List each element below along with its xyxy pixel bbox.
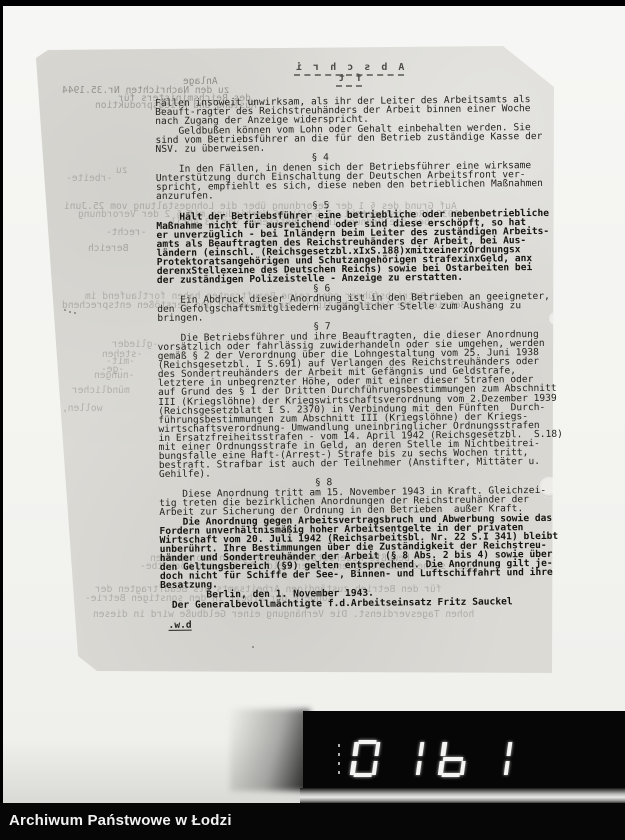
bleedthrough-fragment: -rbeite-: [66, 174, 112, 183]
film-strip-gradient: [300, 788, 625, 803]
counter-digit: [437, 740, 468, 777]
page-title-text: A b s c h r i f t: [294, 62, 405, 87]
paragraph: Ein Abdruck dieser Anordnung ist in den …: [157, 291, 575, 324]
archive-footer-bar: Archiwum Państwowe w Łodzi: [0, 803, 625, 840]
paragraph: Die Betriebsführer und ihre Beauftragten…: [157, 329, 577, 479]
bleedthrough-fragment: -recht-: [106, 228, 146, 237]
paragraph: Diese Anordnung tritt am 15. November 19…: [159, 485, 577, 518]
paragraph: Fällen insoweit unwirksam, als ihr der L…: [155, 95, 573, 127]
counter-digit: [393, 740, 424, 777]
bleedthrough-fragment: wollen,: [62, 404, 102, 413]
dust-speck: [252, 646, 254, 648]
paragraph: In den Fällen, in denen sich der Betrieb…: [156, 160, 574, 202]
paragraph: Geldbußen können vom Lohn oder Gehalt ei…: [155, 122, 573, 155]
microfilm-viewer-frame: Anlagezu den Nachrichten Nr.35.1944des R…: [0, 0, 625, 840]
dust-speck: [64, 309, 66, 311]
counter-digit: [481, 740, 512, 777]
paragraph: Berlin, den 1. November 1943. Der Genera…: [160, 586, 578, 609]
dust-speck: [69, 311, 71, 313]
counter-panel-shadow: [230, 709, 310, 791]
paragraph: Die Anordnung gegen Arbeitsvertragsbruch…: [159, 513, 578, 591]
bleedthrough-fragment: mündlicher: [72, 386, 130, 395]
bleedthrough-fragment: zu: [116, 166, 128, 175]
bleedthrough-fragment: -glieder: [112, 340, 158, 349]
paragraph: Hält der Betriebsführer eine betrieblich…: [156, 207, 575, 285]
bleedthrough-fragment: -nungen: [94, 371, 134, 380]
bleedthrough-fragment: Bereich: [88, 244, 128, 253]
dust-speck: [74, 312, 76, 314]
counter-dots: [338, 744, 340, 780]
typewritten-text-block: Fällen insoweit unwirksam, als ihr der L…: [155, 95, 579, 630]
page-title-mirrored: A b s c h r i f t: [290, 62, 408, 84]
counter-digit: [349, 740, 380, 777]
archive-name-label: Archiwum Państwowe w Łodzi: [9, 812, 232, 829]
